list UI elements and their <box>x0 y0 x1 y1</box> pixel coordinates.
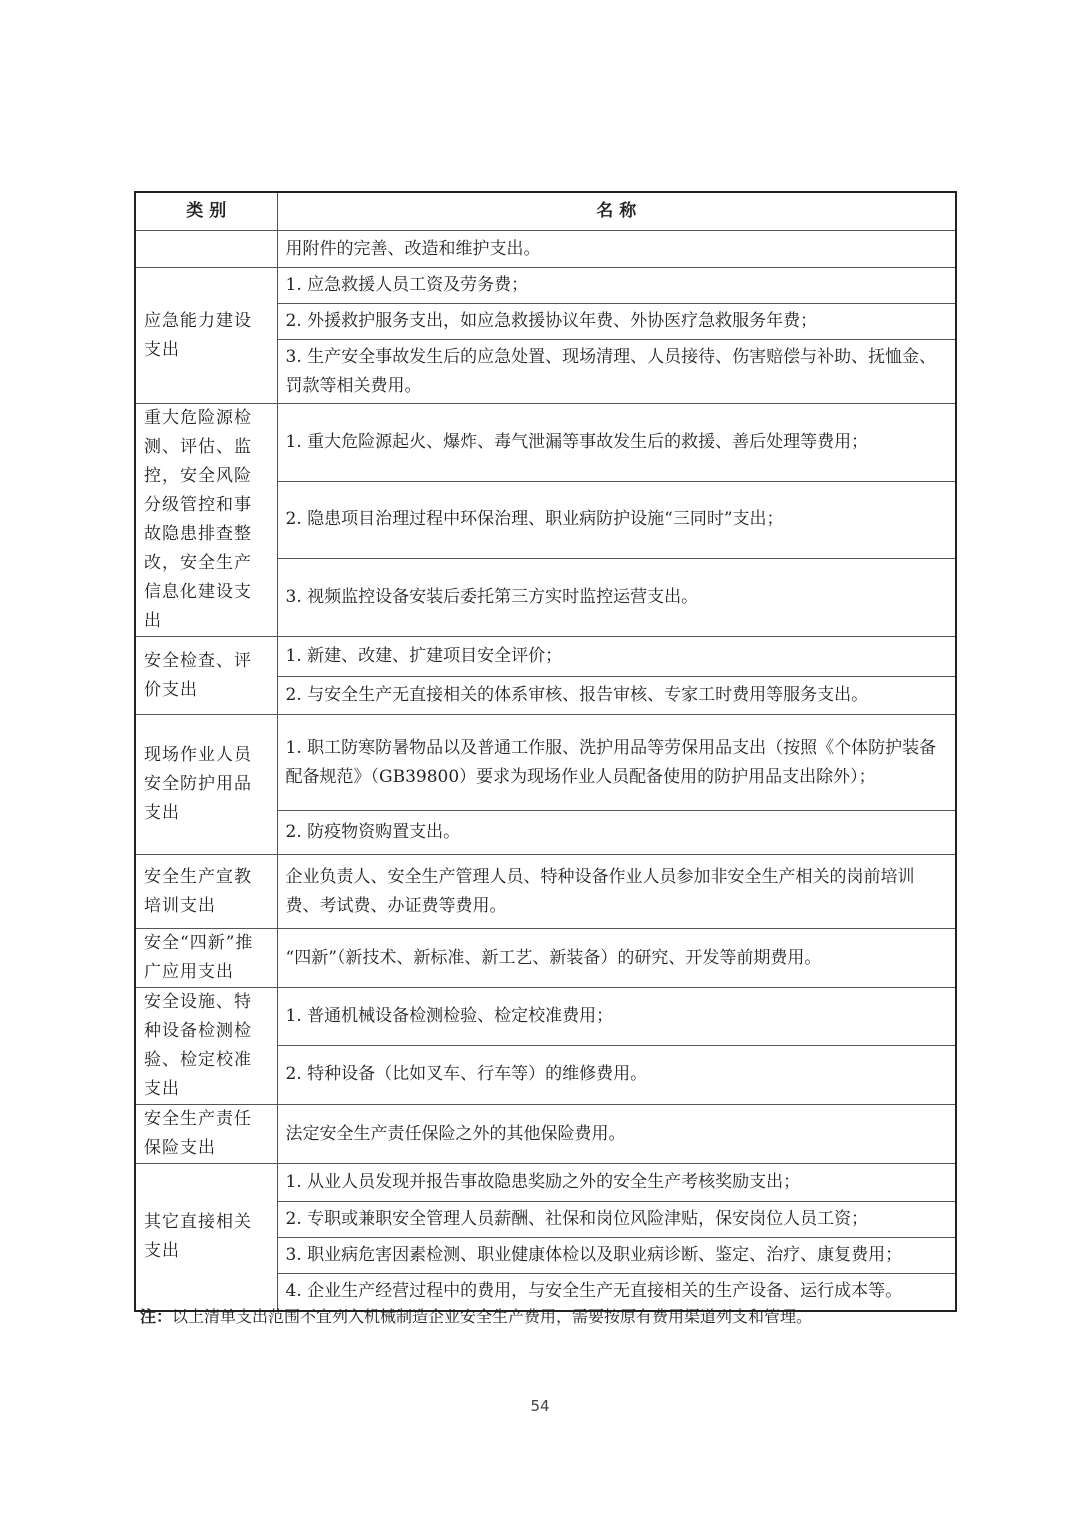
item-cell: 2. 防疫物资购置支出。 <box>277 811 956 855</box>
table-row: 用附件的完善、改造和维护支出。 <box>135 231 956 268</box>
table-row: 应急能力建设支出 1. 应急救援人员工资及劳务费； <box>135 268 956 304</box>
table-row: 安全生产宣教培训支出 企业负责人、安全生产管理人员、特种设备作业人员参加非安全生… <box>135 855 956 929</box>
category-cell: 应急能力建设支出 <box>135 268 277 404</box>
item-cell: 3. 视频监控设备安装后委托第三方实时监控运营支出。 <box>277 559 956 637</box>
table-row: 其它直接相关支出 1. 从业人员发现并报告事故隐患奖励之外的安全生产考核奖励支出… <box>135 1164 956 1202</box>
table-row: 安全“四新”推广应用支出 “四新”（新技术、新标准、新工艺、新装备）的研究、开发… <box>135 929 956 988</box>
category-cell-empty <box>135 231 277 268</box>
page-number: 54 <box>0 1397 1080 1415</box>
header-category: 类 别 <box>135 192 277 231</box>
table-row: 安全检查、评价支出 1. 新建、改建、扩建项目安全评价； <box>135 637 956 677</box>
table-row: 重大危险源检测、评估、监控，安全风险分级管控和事故隐患排查整改，安全生产信息化建… <box>135 404 956 482</box>
note-label: 注： <box>140 1307 172 1326</box>
category-cell: 安全“四新”推广应用支出 <box>135 929 277 988</box>
item-cell: 2. 外援救护服务支出，如应急救援协议年费、外协医疗急救服务年费； <box>277 304 956 340</box>
item-cell: 1. 从业人员发现并报告事故隐患奖励之外的安全生产考核奖励支出； <box>277 1164 956 1202</box>
category-cell: 重大危险源检测、评估、监控，安全风险分级管控和事故隐患排查整改，安全生产信息化建… <box>135 404 277 637</box>
category-cell: 安全生产责任保险支出 <box>135 1105 277 1164</box>
table-row: 现场作业人员安全防护用品支出 1. 职工防寒防暑物品以及普通工作服、洗护用品等劳… <box>135 715 956 811</box>
item-cell: 用附件的完善、改造和维护支出。 <box>277 231 956 268</box>
expense-table: 类 别 名 称 用附件的完善、改造和维护支出。 应急能力建设支出 1. 应急救援… <box>134 191 957 1312</box>
table-row: 安全生产责任保险支出 法定安全生产责任保险之外的其他保险费用。 <box>135 1105 956 1164</box>
note-text: 以上清单支出范围不宜列入机械制造企业安全生产费用，需要按原有费用渠道列支和管理。 <box>172 1307 812 1326</box>
item-cell: 企业负责人、安全生产管理人员、特种设备作业人员参加非安全生产相关的岗前培训费、考… <box>277 855 956 929</box>
item-cell: 1. 职工防寒防暑物品以及普通工作服、洗护用品等劳保用品支出（按照《个体防护装备… <box>277 715 956 811</box>
table-row: 安全设施、特种设备检测检验、检定校准支出 1. 普通机械设备检测检验、检定校准费… <box>135 988 956 1046</box>
category-cell: 安全生产宣教培训支出 <box>135 855 277 929</box>
item-cell: “四新”（新技术、新标准、新工艺、新装备）的研究、开发等前期费用。 <box>277 929 956 988</box>
category-cell: 安全设施、特种设备检测检验、检定校准支出 <box>135 988 277 1105</box>
item-cell: 2. 隐患项目治理过程中环保治理、职业病防护设施“三同时”支出； <box>277 481 956 559</box>
item-cell: 1. 应急救援人员工资及劳务费； <box>277 268 956 304</box>
item-cell: 2. 专职或兼职安全管理人员薪酬、社保和岗位风险津贴，保安岗位人员工资； <box>277 1202 956 1238</box>
item-cell: 2. 与安全生产无直接相关的体系审核、报告审核、专家工时费用等服务支出。 <box>277 677 956 715</box>
item-cell: 3. 生产安全事故发生后的应急处置、现场清理、人员接待、伤害赔偿与补助、抚恤金、… <box>277 340 956 404</box>
category-cell: 安全检查、评价支出 <box>135 637 277 715</box>
item-cell: 法定安全生产责任保险之外的其他保险费用。 <box>277 1105 956 1164</box>
category-cell: 现场作业人员安全防护用品支出 <box>135 715 277 855</box>
item-cell: 1. 新建、改建、扩建项目安全评价； <box>277 637 956 677</box>
item-cell: 1. 重大危险源起火、爆炸、毒气泄漏等事故发生后的救援、善后处理等费用； <box>277 404 956 482</box>
table-footnote: 注：以上清单支出范围不宜列入机械制造企业安全生产费用，需要按原有费用渠道列支和管… <box>140 1304 812 1327</box>
item-cell: 3. 职业病危害因素检测、职业健康体检以及职业病诊断、鉴定、治疗、康复费用； <box>277 1238 956 1274</box>
category-cell: 其它直接相关支出 <box>135 1164 277 1311</box>
item-cell: 2. 特种设备（比如叉车、行车等）的维修费用。 <box>277 1045 956 1104</box>
item-cell: 1. 普通机械设备检测检验、检定校准费用； <box>277 988 956 1046</box>
document-page: 类 别 名 称 用附件的完善、改造和维护支出。 应急能力建设支出 1. 应急救援… <box>0 0 1080 1527</box>
table-header-row: 类 别 名 称 <box>135 192 956 231</box>
header-name: 名 称 <box>277 192 956 231</box>
